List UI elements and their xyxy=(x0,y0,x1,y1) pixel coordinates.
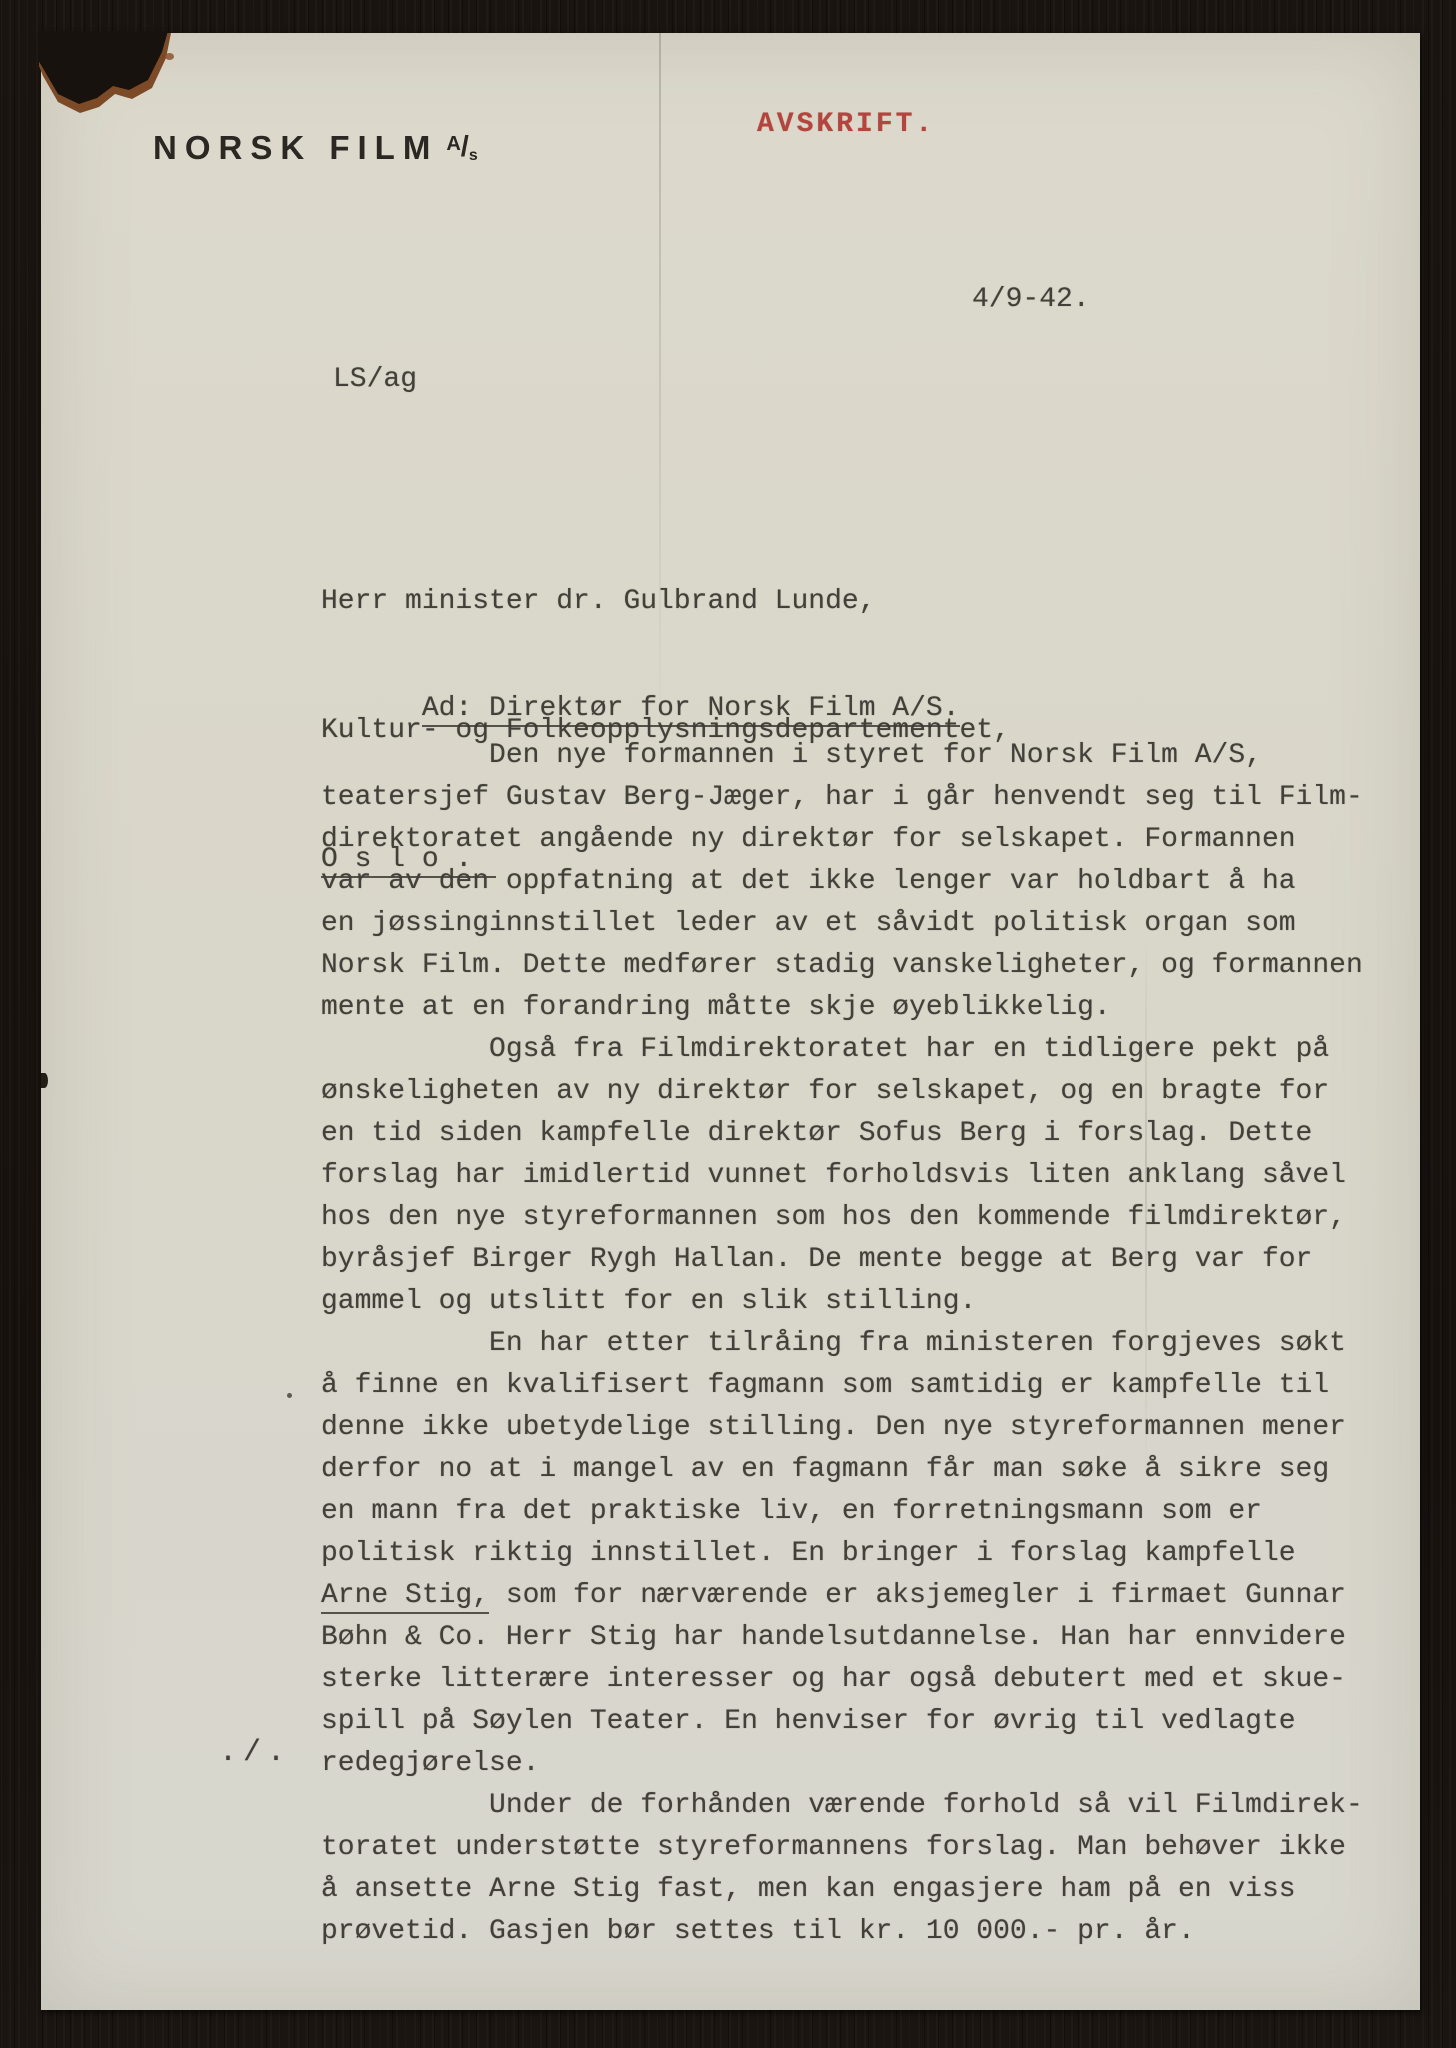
paragraph-4: Under de forhånden værende forhold så vi… xyxy=(321,1785,1421,1953)
paper-edge-notch xyxy=(41,1073,48,1088)
letterhead: NORSK FILMA/s xyxy=(153,129,478,167)
enclosure-mark: ./. xyxy=(219,1736,291,1770)
paragraph-3-text: En har etter tilråing fra ministeren for… xyxy=(321,1328,1346,1569)
letter-body: Den nye formannen i styret for Norsk Fil… xyxy=(321,735,1421,1953)
paper-speck xyxy=(287,1393,292,1398)
scan-background: NORSK FILMA/s AVSKRIFT. 4/9-42. LS/ag He… xyxy=(0,0,1456,2048)
letterhead-company-name: NORSK FILM xyxy=(153,129,438,166)
reference-initials: LS/ag xyxy=(333,364,417,395)
paragraph-1: Den nye formannen i styret for Norsk Fil… xyxy=(321,735,1421,1029)
underlined-name: Arne Stig, xyxy=(321,1580,489,1614)
paragraph-3: En har etter tilråing fra ministeren for… xyxy=(321,1323,1421,1785)
letter-page: NORSK FILMA/s AVSKRIFT. 4/9-42. LS/ag He… xyxy=(41,33,1420,2010)
avskrift-stamp: AVSKRIFT. xyxy=(757,109,935,140)
letter-date: 4/9-42. xyxy=(972,284,1090,315)
burn-stain-dot xyxy=(165,53,174,60)
paragraph-2: Også fra Filmdirektoratet har en tidlige… xyxy=(321,1029,1421,1323)
recipient-name-line: Herr minister dr. Gulbrand Lunde, xyxy=(321,580,1010,623)
letterhead-company-suffix: A/s xyxy=(446,129,477,166)
